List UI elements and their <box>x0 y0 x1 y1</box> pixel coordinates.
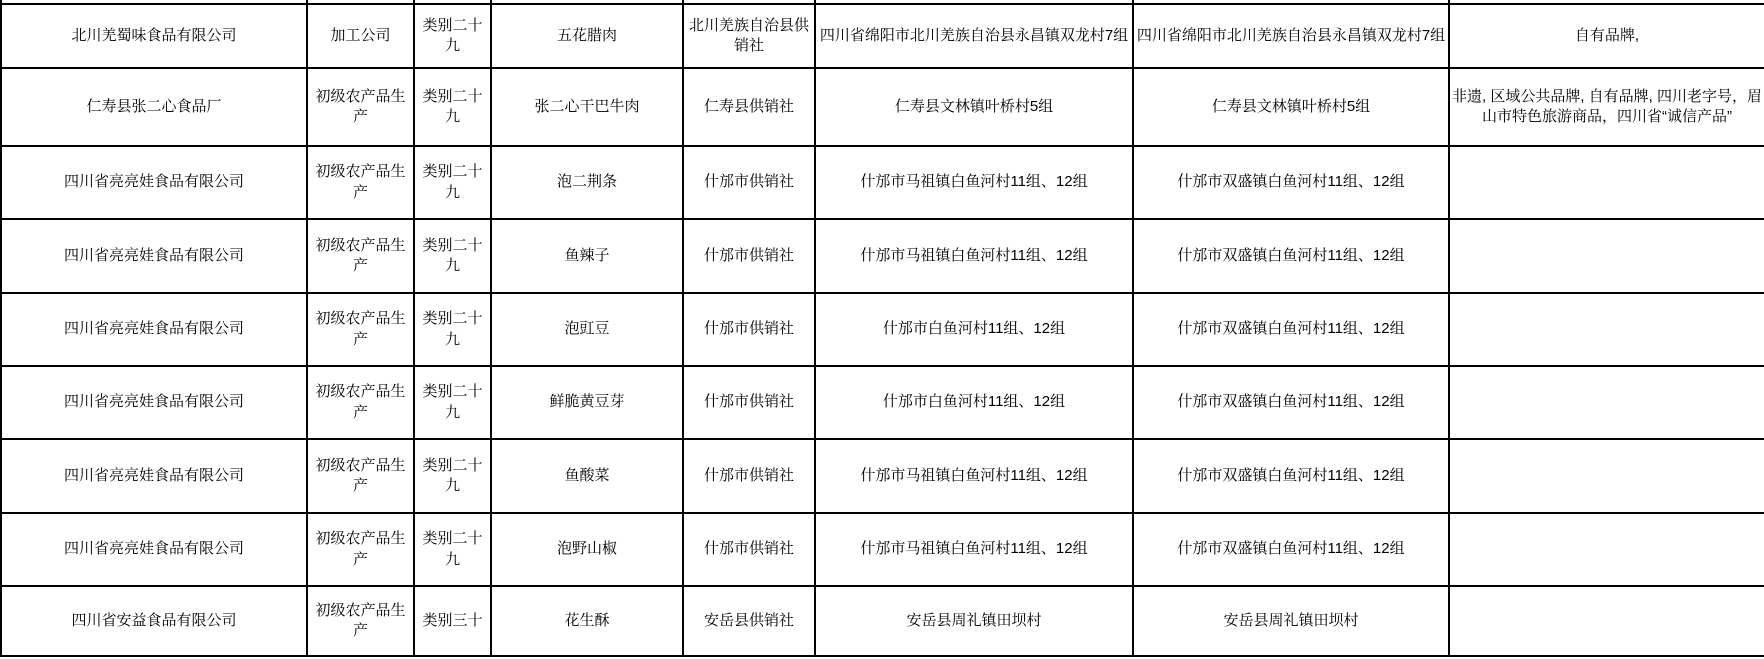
cell-brand-info[interactable] <box>1449 293 1764 366</box>
cell-company-name[interactable]: 四川省亮亮娃食品有限公司 <box>1 293 307 366</box>
cell-brand-info[interactable] <box>1449 586 1764 656</box>
table-row: 四川省亮亮娃食品有限公司初级农产品生产类别二十九鲜脆黄豆芽什邡市供销社什邡市白鱼… <box>1 366 1764 439</box>
cell-product-name[interactable]: 泡豇豆 <box>491 293 683 366</box>
cell-brand-info[interactable]: 自有品牌, <box>1449 4 1764 68</box>
cell-producer-type[interactable]: 加工公司 <box>307 4 414 68</box>
cell-address-2[interactable]: 什邡市双盛镇白鱼河村11组、12组 <box>1133 366 1449 439</box>
table-row: 四川省亮亮娃食品有限公司初级农产品生产类别二十九鱼辣子什邡市供销社什邡市马祖镇白… <box>1 219 1764 293</box>
cell-company-name[interactable]: 北川羌蜀味食品有限公司 <box>1 4 307 68</box>
cell-address-1[interactable]: 什邡市马祖镇白鱼河村11组、12组 <box>815 146 1133 219</box>
cell-product-name[interactable]: 鱼酸菜 <box>491 439 683 513</box>
table-row: 四川省亮亮娃食品有限公司初级农产品生产类别二十九泡豇豆什邡市供销社什邡市白鱼河村… <box>1 293 1764 366</box>
table-row: 四川省亮亮娃食品有限公司初级农产品生产类别二十九鱼酸菜什邡市供销社什邡市马祖镇白… <box>1 439 1764 513</box>
cell-address-2[interactable]: 什邡市双盛镇白鱼河村11组、12组 <box>1133 293 1449 366</box>
cell-address-1[interactable]: 四川省绵阳市北川羌族自治县永昌镇双龙村7组 <box>815 4 1133 68</box>
cell-producer-type[interactable]: 初级农产品生产 <box>307 586 414 656</box>
cell-brand-info[interactable] <box>1449 219 1764 293</box>
table-row: 北川羌蜀味食品有限公司加工公司类别二十九五花腊肉北川羌族自治县供销社四川省绵阳市… <box>1 4 1764 68</box>
table-row: 四川省亮亮娃食品有限公司初级农产品生产类别二十九泡野山椒什邡市供销社什邡市马祖镇… <box>1 513 1764 586</box>
cell-address-2[interactable]: 什邡市双盛镇白鱼河村11组、12组 <box>1133 219 1449 293</box>
cell-product-name[interactable]: 鲜脆黄豆芽 <box>491 366 683 439</box>
cell-product-name[interactable]: 泡野山椒 <box>491 513 683 586</box>
cell-category[interactable]: 类别二十九 <box>414 439 491 513</box>
cell-address-2[interactable]: 安岳县周礼镇田坝村 <box>1133 586 1449 656</box>
cell-supply-cooperative[interactable]: 什邡市供销社 <box>683 219 815 293</box>
cell-brand-info[interactable]: 非遗, 区域公共品牌, 自有品牌, 四川老字号，眉山市特色旅游商品，四川省“诚信… <box>1449 68 1764 146</box>
cell-address-2[interactable]: 什邡市双盛镇白鱼河村11组、12组 <box>1133 439 1449 513</box>
cell-category[interactable]: 类别二十九 <box>414 68 491 146</box>
cell-producer-type[interactable]: 初级农产品生产 <box>307 293 414 366</box>
cell-address-2[interactable]: 四川省绵阳市北川羌族自治县永昌镇双龙村7组 <box>1133 4 1449 68</box>
cell-company-name[interactable]: 四川省亮亮娃食品有限公司 <box>1 146 307 219</box>
cell-producer-type[interactable]: 初级农产品生产 <box>307 68 414 146</box>
cell-brand-info[interactable] <box>1449 366 1764 439</box>
cell-address-1[interactable]: 仁寿县文林镇叶桥村5组 <box>815 68 1133 146</box>
cell-brand-info[interactable] <box>1449 439 1764 513</box>
cell-supply-cooperative[interactable]: 什邡市供销社 <box>683 146 815 219</box>
cell-brand-info[interactable] <box>1449 146 1764 219</box>
cell-address-2[interactable]: 什邡市双盛镇白鱼河村11组、12组 <box>1133 146 1449 219</box>
cell-supply-cooperative[interactable]: 仁寿县供销社 <box>683 68 815 146</box>
cell-supply-cooperative[interactable]: 什邡市供销社 <box>683 513 815 586</box>
cell-address-1[interactable]: 什邡市马祖镇白鱼河村11组、12组 <box>815 439 1133 513</box>
cell-company-name[interactable]: 四川省安益食品有限公司 <box>1 586 307 656</box>
cell-brand-info[interactable] <box>1449 513 1764 586</box>
cell-address-1[interactable]: 什邡市马祖镇白鱼河村11组、12组 <box>815 513 1133 586</box>
cell-company-name[interactable]: 四川省亮亮娃食品有限公司 <box>1 366 307 439</box>
cell-category[interactable]: 类别二十九 <box>414 513 491 586</box>
cell-address-2[interactable]: 什邡市双盛镇白鱼河村11组、12组 <box>1133 513 1449 586</box>
cell-producer-type[interactable]: 初级农产品生产 <box>307 513 414 586</box>
cell-product-name[interactable]: 泡二荆条 <box>491 146 683 219</box>
cell-category[interactable]: 类别三十 <box>414 586 491 656</box>
cell-company-name[interactable]: 四川省亮亮娃食品有限公司 <box>1 219 307 293</box>
cell-product-name[interactable]: 张二心干巴牛肉 <box>491 68 683 146</box>
cell-product-name[interactable]: 五花腊肉 <box>491 4 683 68</box>
cell-address-1[interactable]: 安岳县周礼镇田坝村 <box>815 586 1133 656</box>
cell-category[interactable]: 类别二十九 <box>414 146 491 219</box>
cell-category[interactable]: 类别二十九 <box>414 219 491 293</box>
cell-producer-type[interactable]: 初级农产品生产 <box>307 439 414 513</box>
cell-address-1[interactable]: 什邡市马祖镇白鱼河村11组、12组 <box>815 219 1133 293</box>
cell-supply-cooperative[interactable]: 什邡市供销社 <box>683 439 815 513</box>
cell-producer-type[interactable]: 初级农产品生产 <box>307 146 414 219</box>
cell-company-name[interactable]: 四川省亮亮娃食品有限公司 <box>1 439 307 513</box>
cell-supply-cooperative[interactable]: 什邡市供销社 <box>683 366 815 439</box>
cell-category[interactable]: 类别二十九 <box>414 366 491 439</box>
cell-address-2[interactable]: 仁寿县文林镇叶桥村5组 <box>1133 68 1449 146</box>
cell-producer-type[interactable]: 初级农产品生产 <box>307 219 414 293</box>
cell-supply-cooperative[interactable]: 北川羌族自治县供销社 <box>683 4 815 68</box>
table-row: 仁寿县张二心食品厂初级农产品生产类别二十九张二心干巴牛肉仁寿县供销社仁寿县文林镇… <box>1 68 1764 146</box>
cell-category[interactable]: 类别二十九 <box>414 4 491 68</box>
cell-company-name[interactable]: 仁寿县张二心食品厂 <box>1 68 307 146</box>
spreadsheet-table-view: 北川羌蜀味食品有限公司加工公司类别二十九五花腊肉北川羌族自治县供销社四川省绵阳市… <box>0 0 1764 659</box>
cell-product-name[interactable]: 鱼辣子 <box>491 219 683 293</box>
cell-category[interactable]: 类别二十九 <box>414 293 491 366</box>
table-row: 四川省安益食品有限公司初级农产品生产类别三十花生酥安岳县供销社安岳县周礼镇田坝村… <box>1 586 1764 656</box>
data-table: 北川羌蜀味食品有限公司加工公司类别二十九五花腊肉北川羌族自治县供销社四川省绵阳市… <box>0 0 1764 657</box>
table-row: 四川省亮亮娃食品有限公司初级农产品生产类别二十九泡二荆条什邡市供销社什邡市马祖镇… <box>1 146 1764 219</box>
cell-product-name[interactable]: 花生酥 <box>491 586 683 656</box>
cell-producer-type[interactable]: 初级农产品生产 <box>307 366 414 439</box>
cell-supply-cooperative[interactable]: 安岳县供销社 <box>683 586 815 656</box>
cell-address-1[interactable]: 什邡市白鱼河村11组、12组 <box>815 293 1133 366</box>
cell-company-name[interactable]: 四川省亮亮娃食品有限公司 <box>1 513 307 586</box>
cell-address-1[interactable]: 什邡市白鱼河村11组、12组 <box>815 366 1133 439</box>
cell-supply-cooperative[interactable]: 什邡市供销社 <box>683 293 815 366</box>
